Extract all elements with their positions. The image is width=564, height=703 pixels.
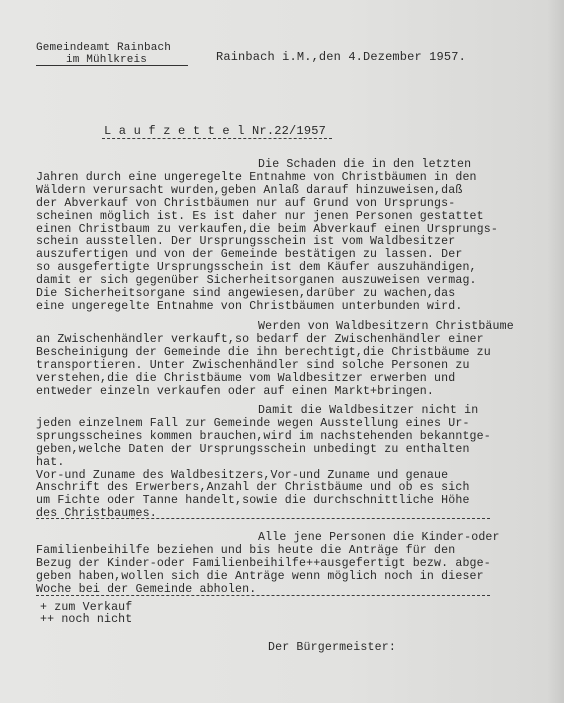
text-line: geben haben,wollen sich die Anträge wenn… (36, 570, 484, 583)
text-line: Die Schaden die in den letzten (258, 158, 471, 171)
title-underline (102, 138, 332, 139)
paragraph-3-rule (36, 518, 490, 519)
text-line: schein ausstellen. Der Ursprungsschein i… (36, 235, 455, 248)
text-line: damit er sich gegenüber Sicherheitsorgan… (36, 274, 477, 287)
text-line: eine ungeregelte Entnahme von Christbäum… (36, 300, 462, 313)
text-line: so ausgefertigte Ursprungsschein ist dem… (36, 261, 477, 274)
text-line: Die Sicherheitsorgane sind angewiesen,da… (36, 287, 455, 300)
text-line: der Abverkauf von Christbäumen nur auf G… (36, 197, 455, 210)
footnote-2: ++ noch nicht (40, 613, 132, 626)
signature-label: Der Bürgermeister: (268, 641, 396, 654)
text-line: auszufertigen und von der Gemeinde bestä… (36, 248, 462, 261)
text-line: Werden von Waldbesitzern Christbäume (258, 320, 514, 333)
text-line: Alle jene Personen die Kinder-oder (258, 531, 500, 544)
letterhead-underline (36, 65, 188, 66)
text-line: um Fichte oder Tanne handelt,sowie die d… (36, 494, 470, 507)
text-line: scheinen möglich ist. Es ist daher nur j… (36, 210, 484, 223)
text-line: Jahren durch eine ungeregelte Entnahme v… (36, 171, 477, 184)
text-line: Vor-und Zuname des Waldbesitzers,Vor-und… (36, 469, 448, 482)
text-line: jeden einzelnem Fall zur Gemeinde wegen … (36, 417, 470, 430)
text-line: Anschrift des Erwerbers,Anzahl der Chris… (36, 481, 470, 494)
paragraph-4-rule (36, 595, 490, 596)
text-line: einen Christbaum zu verkaufen,die beim A… (36, 223, 498, 236)
place-date: Rainbach i.M.,den 4.Dezember 1957. (216, 51, 466, 64)
text-line: transportieren. Unter Zwischenhändler si… (36, 359, 470, 372)
text-line: Familienbeihilfe beziehen und bis heute … (36, 544, 455, 557)
document-title: L a u f z e t t e l Nr.22/1957 (104, 125, 326, 138)
text-line: Woche bei der Gemeinde abholen. (36, 583, 256, 596)
text-line: sprungsscheines kommen brauchen,wird im … (36, 430, 491, 443)
text-line: verstehen,die die Christbäume vom Waldbe… (36, 372, 455, 385)
text-line: entweder einzeln verkaufen oder auf eine… (36, 385, 434, 398)
text-line: hat. (36, 456, 64, 469)
text-line: Wäldern verursacht wurden,geben Anlaß da… (36, 184, 462, 197)
text-line: Bezug der Kinder-oder Familienbeihilfe++… (36, 557, 491, 570)
document-page: Gemeindeamt Rainbach im Mühlkreis Rainba… (0, 0, 564, 703)
text-line: an Zwischenhändler verkauft,so bedarf de… (36, 333, 484, 346)
text-line: Damit die Waldbesitzer nicht in (258, 404, 478, 417)
text-line: geben,welche Daten der Ursprungsschein u… (36, 443, 470, 456)
text-line: Bescheinigung der Gemeinde die ihn berec… (36, 346, 491, 359)
